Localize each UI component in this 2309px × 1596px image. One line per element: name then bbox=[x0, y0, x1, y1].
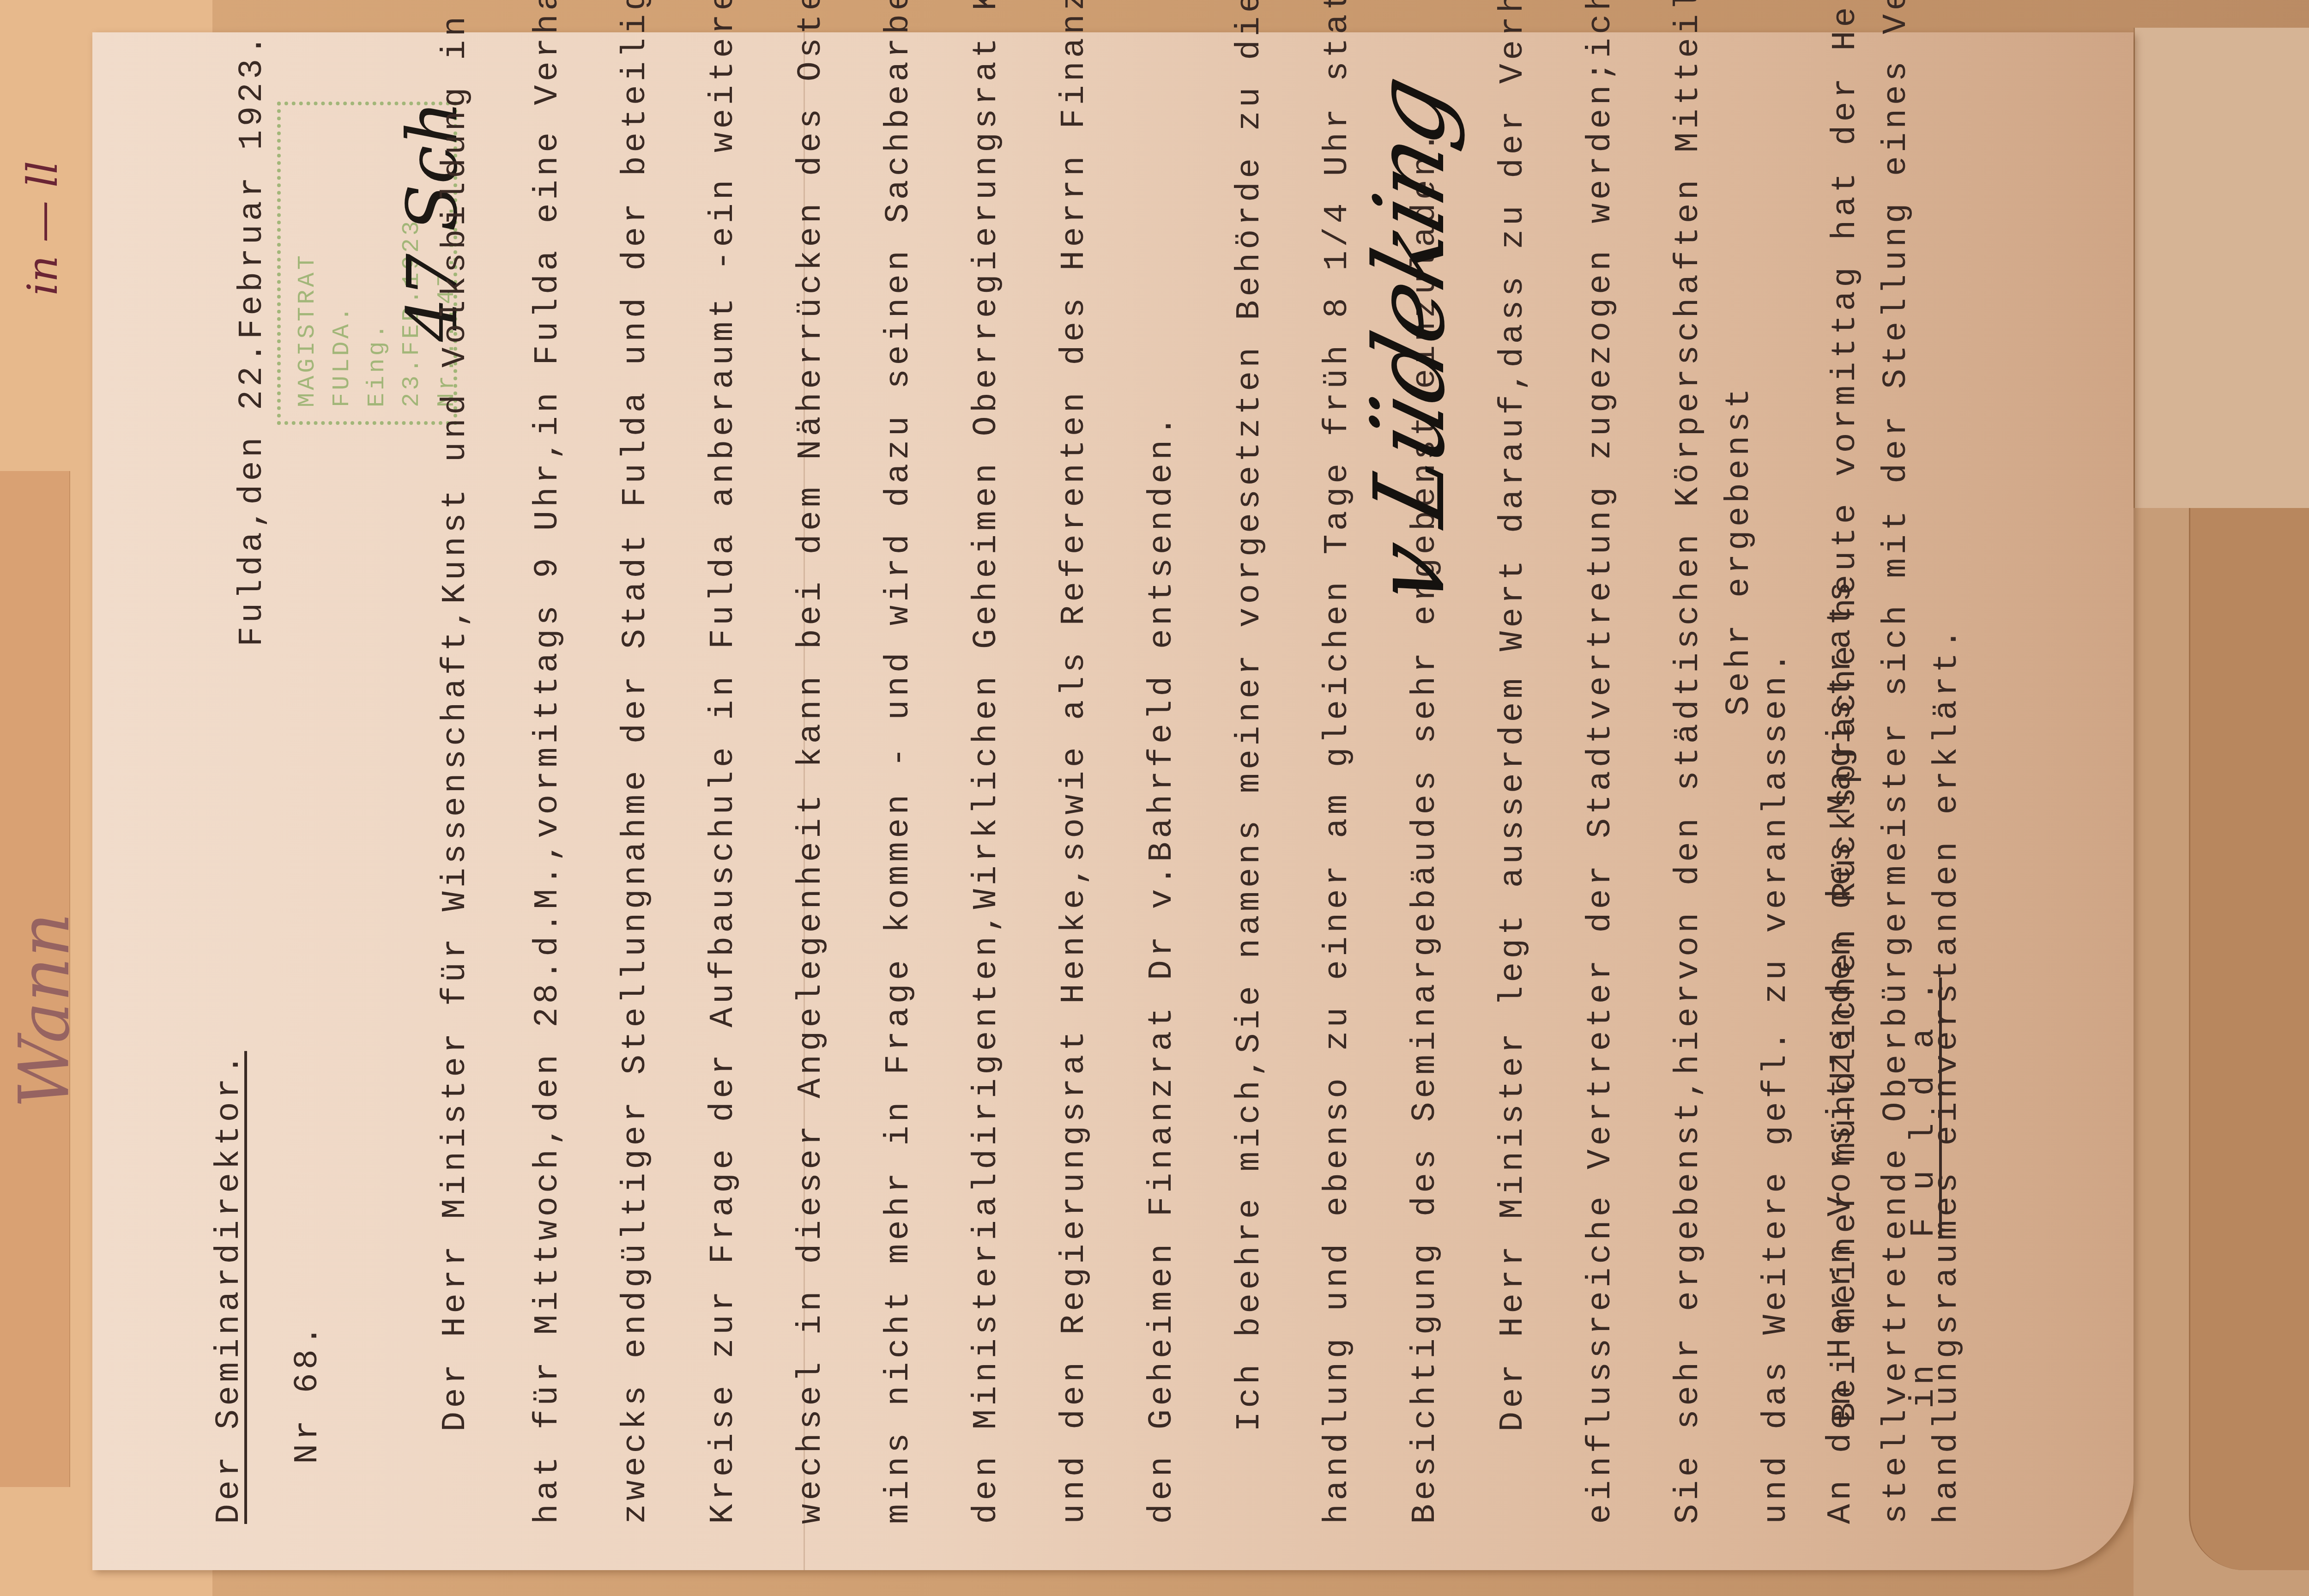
signature: v Lüdeking bbox=[1353, 66, 1466, 616]
body-line: den Ministerialdirigenten,Wirklichen Geh… bbox=[970, 0, 1003, 1524]
margin-note-top: in — ll bbox=[18, 161, 67, 296]
body-line: handlung und ebenso zu einer am gleichen… bbox=[1321, 0, 1354, 1524]
postscript-line: stellvertretende Oberbürgermeister sich … bbox=[1880, 0, 1913, 1524]
body-line: Der Herr Minister für Wissenschaft,Kunst… bbox=[439, 0, 472, 1432]
stamp-line: FULDA. bbox=[325, 119, 359, 407]
body-line: und den Regierungsrat Henke,sowie als Re… bbox=[1058, 0, 1091, 1524]
body-line: den Geheimen Finanzrat Dr v.Bahrfeld ent… bbox=[1145, 412, 1179, 1524]
closing: Sehr ergebenst bbox=[1723, 385, 1756, 716]
place-date: Fulda,den 22.Februar 1923. bbox=[236, 32, 269, 647]
body-line: zwecks endgültiger Stellungnahme der Sta… bbox=[619, 0, 652, 1524]
body-line: wechsel in dieser Angelegenheit kann bei… bbox=[794, 0, 828, 1524]
postscript-line: Bei meiner mündlichen Rücksprache heute … bbox=[1829, 0, 1862, 1422]
sender: Der Seminardirektor. bbox=[212, 1051, 246, 1524]
body-line: Der Herr Minister legt ausserdem Wert da… bbox=[1496, 0, 1529, 1432]
body-line: Kreise zur Frage der Aufbauschule in Ful… bbox=[707, 0, 740, 1524]
postscript-line: handlungsraumes einverstanden erklärt. bbox=[1930, 625, 1964, 1524]
letter-text: Der Seminardirektor. Nr 68. Fulda,den 22… bbox=[152, 46, 2046, 1524]
underlying-sheet-strip bbox=[2134, 28, 2309, 508]
body-line: Sie sehr ergebenst,hiervon den städtisch… bbox=[1672, 0, 1705, 1524]
folder-flap bbox=[2189, 508, 2309, 1570]
underlying-sheets-right bbox=[2134, 28, 2309, 1596]
body-line: und das Weitere gefl. zu veranlassen. bbox=[1759, 649, 1793, 1524]
body-line: hat für Mittwoch,den 28.d.M.,vormittags … bbox=[531, 0, 564, 1524]
body-line: Ich beehre mich,Sie namens meiner vorges… bbox=[1233, 0, 1266, 1432]
stamp-line: MAGISTRAT bbox=[290, 119, 325, 407]
body-line: mins nicht mehr in Frage kommen - und wi… bbox=[882, 0, 915, 1524]
postscript: Bei meiner mündlichen Rücksprache heute … bbox=[1801, 46, 2032, 1524]
reference-number: Nr 68. bbox=[291, 1322, 324, 1464]
body-line: einflussreiche Vertreter der Stadtvertre… bbox=[1584, 0, 1617, 1524]
margin-note-left: Wann bbox=[5, 913, 85, 1108]
